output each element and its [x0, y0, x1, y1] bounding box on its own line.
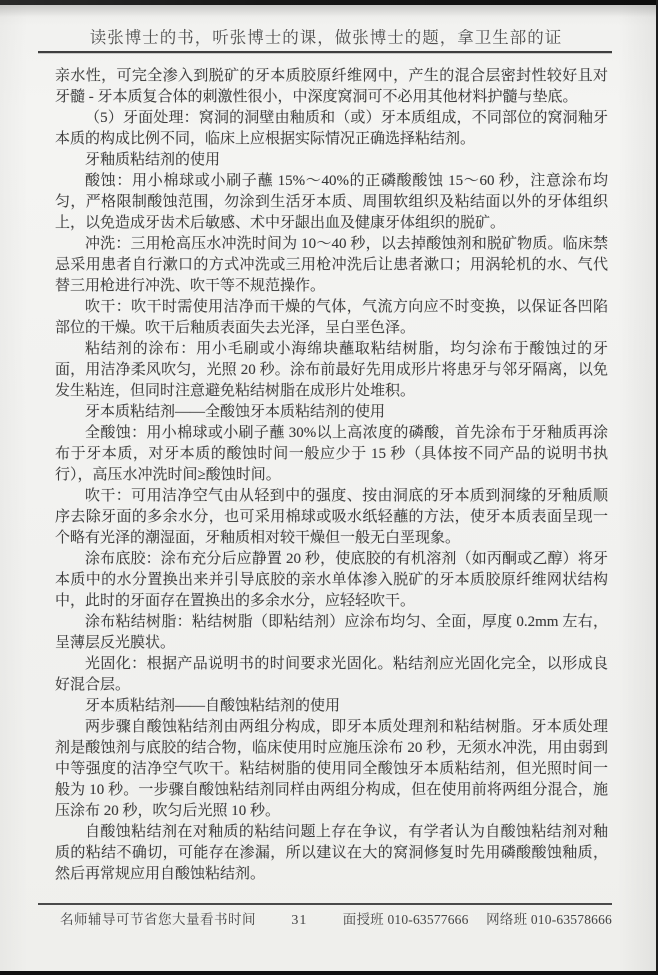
page-number: 31: [256, 913, 343, 929]
paragraph: 全酸蚀：用小棉球或小刷子蘸 30%以上高浓度的磷酸，首先涂布于牙釉质再涂布于牙本…: [55, 423, 608, 486]
footer-slogan: 名师辅导可节省您大量看书时间: [38, 908, 256, 928]
paragraph: 自酸蚀粘结剂在对釉质的粘结问题上存在争议，有学者认为自酸蚀粘结剂对釉质的粘结不确…: [55, 822, 608, 885]
page-header-slogan: 读张博士的书，听张博士的课，做张博士的题，拿卫生部的证: [40, 24, 612, 48]
section-heading: 牙本质粘结剂——全酸蚀牙本质粘结剂的使用: [55, 402, 608, 423]
paragraph: 冲洗：三用枪高压水冲洗时间为 10～40 秒，以去掉酸蚀剂和脱矿物质。临床禁忌采…: [55, 234, 608, 297]
section-heading: 牙釉质粘结剂的使用: [55, 150, 608, 171]
footer-rule: [38, 903, 612, 905]
page-body: 亲水性，可完全渗入到脱矿的牙本质胶原纤维网中，产生的混合层密封性较好且对牙髓 -…: [55, 66, 608, 885]
scan-edge-top-shadow: [0, 5, 658, 17]
scan-edge-bottom: [0, 971, 658, 975]
footer-phone-classroom: 面授班 010-63577666: [343, 912, 469, 927]
paragraph: 酸蚀：用小棉球或小刷子蘸 15%～40%的正磷酸酸蚀 15～60 秒，注意涂布均…: [55, 171, 608, 234]
paragraph: 两步骤自酸蚀粘结剂由两组分构成，即牙本质处理剂和粘结树脂。牙本质处理剂是酸蚀剂与…: [55, 717, 608, 822]
page-footer: 名师辅导可节省您大量看书时间 31 面授班 010-63577666 网络班 0…: [38, 908, 612, 929]
paragraph: 光固化：根据产品说明书的时间要求光固化。粘结剂应光固化完全，以形成良好混合层。: [55, 654, 608, 696]
paragraph: 吹干：可用洁净空气由从轻到中的强度、按由洞底的牙本质到洞缘的牙釉质顺序去除牙面的…: [55, 486, 608, 549]
header-rule: [38, 51, 612, 53]
scanned-book-page: 读张博士的书，听张博士的课，做张博士的题，拿卫生部的证 亲水性，可完全渗入到脱矿…: [0, 0, 658, 975]
paragraph: 涂布粘结树脂：粘结树脂（即粘结剂）应涂布均匀、全面，厚度 0.2mm 左右，呈薄…: [55, 612, 608, 654]
paragraph: 亲水性，可完全渗入到脱矿的牙本质胶原纤维网中，产生的混合层密封性较好且对牙髓 -…: [55, 66, 608, 108]
paragraph: 粘结剂的涂布：用小毛刷或小海绵块蘸取粘结树脂，均匀涂布于酸蚀过的牙面，用洁净柔风…: [55, 339, 608, 402]
paragraph: （5）牙面处理：窝洞的洞壁由釉质和（或）牙本质组成，不同部位的窝洞釉牙本质的构成…: [55, 108, 608, 150]
footer-phone-online: 网络班 010-63578666: [486, 912, 612, 927]
paragraph: 吹干：吹干时需使用洁净而干燥的气体，气流方向应不时变换，以保证各凹陷部位的干燥。…: [55, 297, 608, 339]
section-heading: 牙本质粘结剂——自酸蚀粘结剂的使用: [55, 696, 608, 717]
footer-contact: 面授班 010-63577666 网络班 010-63578666: [343, 908, 612, 928]
paragraph: 涂布底胶：涂布充分后应静置 20 秒，使底胶的有机溶剂（如丙酮或乙醇）将牙本质中…: [55, 549, 608, 612]
